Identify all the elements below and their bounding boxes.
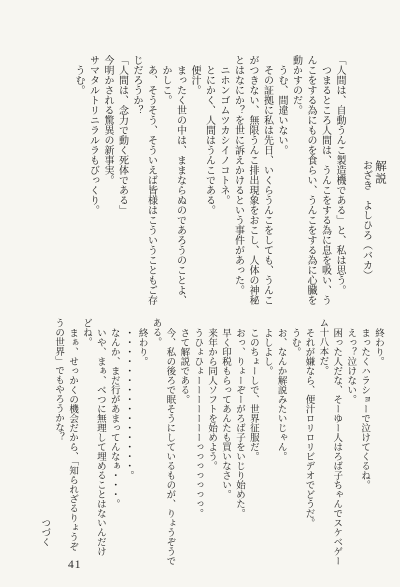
text-column: ある。 bbox=[148, 318, 162, 570]
text-column: うむ。 bbox=[287, 318, 301, 570]
text-column: まったくハラショーで泣けてくるね。 bbox=[356, 318, 370, 570]
text-column: うむ、間違いない。 bbox=[274, 55, 289, 313]
text-column: 便汁。 bbox=[187, 55, 202, 313]
text-column: 今明かされる驚異の新事実。 bbox=[100, 55, 115, 313]
text-column: 来年から同人ソフトを始めよう。 bbox=[203, 318, 217, 570]
text-column: まったく世の中は、ままならぬのであろうのことよ、 bbox=[172, 55, 187, 313]
top-text-band: 解説 おざき よしひろ（バカ） 「人間は、自動うんこ製造機である」と、私は思う。… bbox=[71, 55, 388, 313]
continued-mark: つづく bbox=[36, 318, 50, 570]
text-column: 終わり。 bbox=[370, 318, 384, 570]
text-column: とはなにか？を世に訴えかけるという事件があった。 bbox=[230, 55, 245, 313]
text-column: んこをする為にものを食らい、うんこをする為に心臓を bbox=[303, 55, 318, 313]
text-column: じだろうか？ bbox=[129, 55, 144, 313]
author-name: おざき よしひろ（バカ） bbox=[358, 55, 373, 313]
text-column: このちょーしで、世界征服だ。 bbox=[245, 318, 259, 570]
text-column: どね。 bbox=[78, 318, 92, 570]
text-column: 「人間は、自動うんこ製造機である」と、私は思う。 bbox=[332, 55, 347, 313]
text-column: サマタルトリニラルラもびっくり。 bbox=[85, 55, 100, 313]
text-column: 「人間は、念力で動く死体である」 bbox=[114, 55, 129, 313]
text-column: 今、私の後ろで眠そうにしているものが、りょうぞうで bbox=[162, 318, 176, 570]
text-column: 終わり。 bbox=[134, 318, 148, 570]
text-column: うの世界」でもやろうかな？ bbox=[50, 318, 64, 570]
text-column: がつきない、無限うんこ排出現象をおこし、人体の神秘 bbox=[245, 55, 260, 313]
text-column: まぁ、せっかくの機会だから、「知られざるりょうぞ bbox=[64, 318, 78, 570]
text-column: その証拠に私は先日、いくらうんこをしても、うんこ bbox=[259, 55, 274, 313]
book-page: 解説 おざき よしひろ（バカ） 「人間は、自動うんこ製造機である」と、私は思う。… bbox=[0, 0, 400, 587]
text-column: ム十八本だ。 bbox=[314, 318, 328, 570]
text-column: 困った人だな、そーゆー人はろば子ちゃんでスケベゲー bbox=[328, 318, 342, 570]
section-heading: 解説 bbox=[373, 55, 388, 313]
text-column: お、なんか解説みたいじゃん。 bbox=[273, 318, 287, 570]
text-column: それが嫌なら、便汁ロリロリビデオでどうだ。 bbox=[301, 318, 315, 570]
text-column: かしこ。 bbox=[158, 55, 173, 313]
text-column: ・・・・・・・・・・・・・・・。 bbox=[120, 318, 134, 570]
bottom-text-band: 終わり。 まったくハラショーで泣けてくるね。 えっ？泣けない。 困った人だな、そ… bbox=[36, 318, 384, 570]
text-column: 早く印税もらってあんたも買いなさい。 bbox=[217, 318, 231, 570]
text-column: よしよし。 bbox=[259, 318, 273, 570]
text-column: あ、そうそう、そういえば皆様はこういうこともご存 bbox=[143, 55, 158, 313]
text-column: なんか、まだ行があまってんなぁ・・・。 bbox=[106, 318, 120, 570]
text-column: うむ。 bbox=[71, 55, 86, 313]
text-column: 動かすのだ。 bbox=[288, 55, 303, 313]
text-column: えっ？泣けない。 bbox=[342, 318, 356, 570]
page-number: 41 bbox=[68, 559, 82, 571]
text-column: おっ、りょーぞーがろば子をいじり始めた。 bbox=[231, 318, 245, 570]
text-column: いや、まぁ、べつに無理して埋めることはないんだけ bbox=[92, 318, 106, 570]
text-column: さて解説である。 bbox=[175, 318, 189, 570]
text-column: とにかく、人間はうんこである。 bbox=[201, 55, 216, 313]
text-column: つまるところ人間は、うんこをする為に息を吸い、う bbox=[317, 55, 332, 313]
text-column: うひょひょーーーーーーーっっっっっっっ。 bbox=[189, 318, 203, 570]
text-column: ニホンゴムツカシイノコトネ。 bbox=[216, 55, 231, 313]
